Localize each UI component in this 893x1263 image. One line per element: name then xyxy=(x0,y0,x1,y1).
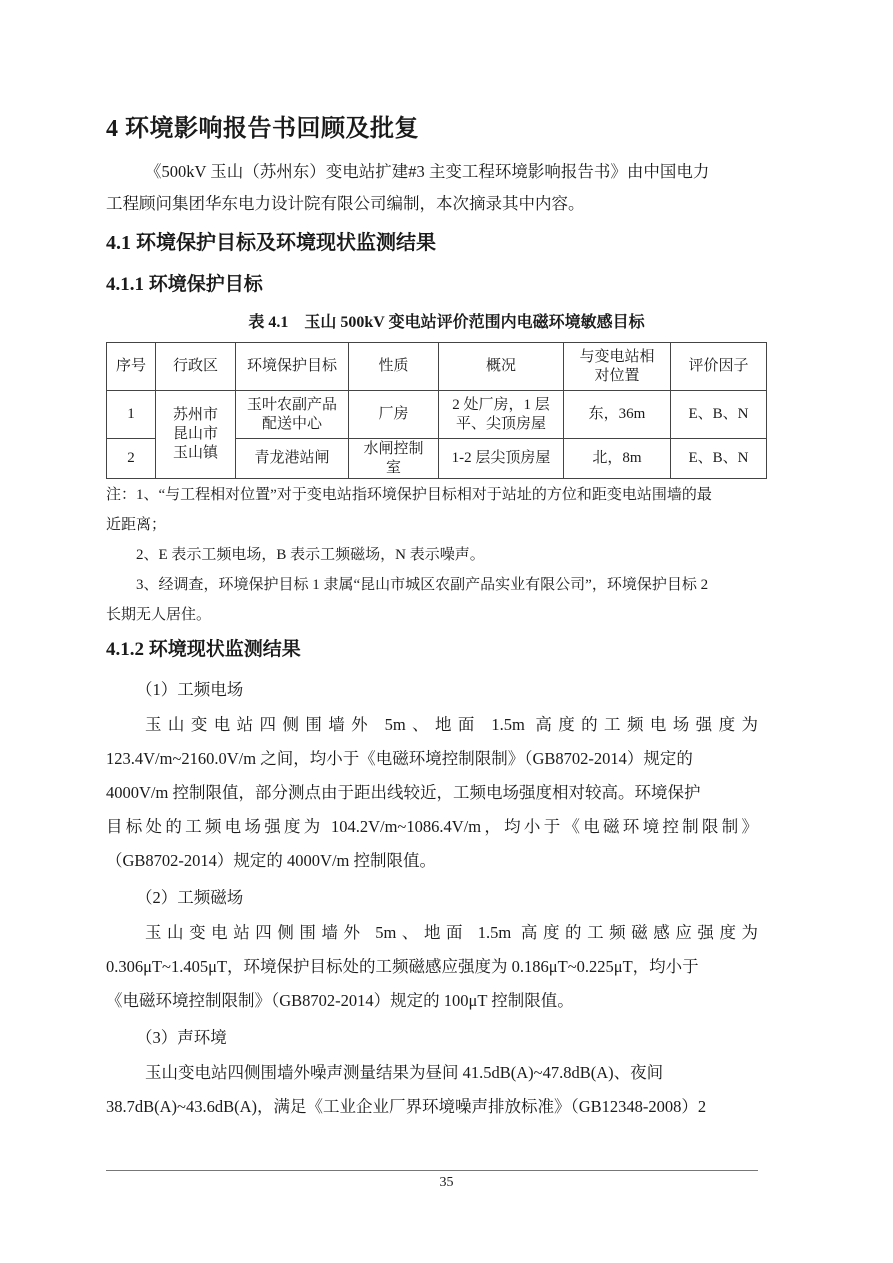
efield-line-5: （GB8702-2014）规定的 4000V/m 控制限值。 xyxy=(106,847,436,871)
note-2: 2、E 表示工频电场，B 表示工频磁场，N 表示噪声。 xyxy=(136,543,485,564)
cell-no: 1 xyxy=(107,391,156,439)
cell-position: 北，8m xyxy=(564,439,671,479)
note-1-line-2: 近距离； xyxy=(106,513,166,534)
cell-overview: 2 处厂房，1 层平、尖顶房屋 xyxy=(439,391,564,439)
intro-line-1: 《500kV 玉山（苏州东）变电站扩建#3 主变工程环境影响报告书》由中国电力 xyxy=(145,158,709,182)
efield-line-1: 玉山变电站四侧围墙外 5m、地面 1.5m 高度的工频电场强度为 xyxy=(145,711,758,735)
note-3-line-1: 3、经调查，环境保护目标 1 隶属“昆山市城区农副产品实业有限公司”，环境保护目… xyxy=(136,573,708,594)
efield-line-2: 123.4V/m~2160.0V/m 之间，均小于《电磁环境控制限制》（GB87… xyxy=(106,745,693,769)
cell-position: 东，36m xyxy=(564,391,671,439)
efield-line-3: 4000V/m 控制限值，部分测点由于距出线较近，工频电场强度相对较高。环境保护 xyxy=(106,779,700,803)
footer-divider xyxy=(106,1170,758,1171)
header-position: 与变电站相对位置 xyxy=(564,343,671,391)
cell-factors: E、B、N xyxy=(671,439,767,479)
intro-line-2: 工程顾问集团华东电力设计院有限公司编制，本次摘录其中内容。 xyxy=(106,190,585,214)
cell-region: 苏州市昆山市玉山镇 xyxy=(156,391,236,479)
header-target: 环境保护目标 xyxy=(236,343,349,391)
table-caption: 表 4.1 玉山 500kV 变电站评价范围内电磁环境敏感目标 xyxy=(0,309,893,332)
header-nature: 性质 xyxy=(349,343,439,391)
efield-subtitle: （1）工频电场 xyxy=(136,676,243,700)
sensitive-targets-table: 序号 行政区 环境保护目标 性质 概况 与变电站相对位置 评价因子 1 苏州市昆… xyxy=(106,342,767,479)
cell-nature: 水闸控制室 xyxy=(349,439,439,479)
note-3-line-2: 长期无人居住。 xyxy=(106,603,211,624)
table-header-row: 序号 行政区 环境保护目标 性质 概况 与变电站相对位置 评价因子 xyxy=(107,343,767,391)
cell-factors: E、B、N xyxy=(671,391,767,439)
cell-target: 青龙港站闸 xyxy=(236,439,349,479)
cell-nature: 厂房 xyxy=(349,391,439,439)
efield-line-4: 目标处的工频电场强度为 104.2V/m~1086.4V/m，均小于《电磁环境控… xyxy=(106,813,758,837)
section-heading-4-1-2: 4.1.2 环境现状监测结果 xyxy=(106,634,301,661)
noise-line-2: 38.7dB(A)~43.6dB(A)，满足《工业企业厂界环境噪声排放标准》（G… xyxy=(106,1093,706,1117)
cell-overview: 1-2 层尖顶房屋 xyxy=(439,439,564,479)
table-row: 1 苏州市昆山市玉山镇 玉叶农副产品配送中心 厂房 2 处厂房，1 层平、尖顶房… xyxy=(107,391,767,439)
section-heading-4-1-1: 4.1.1 环境保护目标 xyxy=(106,269,263,296)
note-1-line-1: 注：1、“与工程相对位置”对于变电站指环境保护目标相对于站址的方位和距变电站围墙… xyxy=(106,483,712,504)
header-overview: 概况 xyxy=(439,343,564,391)
noise-subtitle: （3）声环境 xyxy=(136,1024,227,1048)
header-region: 行政区 xyxy=(156,343,236,391)
page-number: 35 xyxy=(0,1175,893,1191)
noise-line-1: 玉山变电站四侧围墙外噪声测量结果为昼间 41.5dB(A)~47.8dB(A)、… xyxy=(145,1059,663,1083)
section-heading-4-1: 4.1 环境保护目标及环境现状监测结果 xyxy=(106,226,436,255)
bfield-subtitle: （2）工频磁场 xyxy=(136,884,243,908)
cell-no: 2 xyxy=(107,439,156,479)
bfield-line-3: 《电磁环境控制限制》（GB8702-2014）规定的 100μT 控制限值。 xyxy=(106,987,574,1011)
bfield-line-1: 玉山变电站四侧围墙外 5m、地面 1.5m 高度的工频磁感应强度为 xyxy=(145,919,758,943)
bfield-line-2: 0.306μT~1.405μT，环境保护目标处的工频磁感应强度为 0.186μT… xyxy=(106,953,699,977)
chapter-title: 4 环境影响报告书回顾及批复 xyxy=(106,108,419,143)
header-no: 序号 xyxy=(107,343,156,391)
cell-target: 玉叶农副产品配送中心 xyxy=(236,391,349,439)
header-factors: 评价因子 xyxy=(671,343,767,391)
